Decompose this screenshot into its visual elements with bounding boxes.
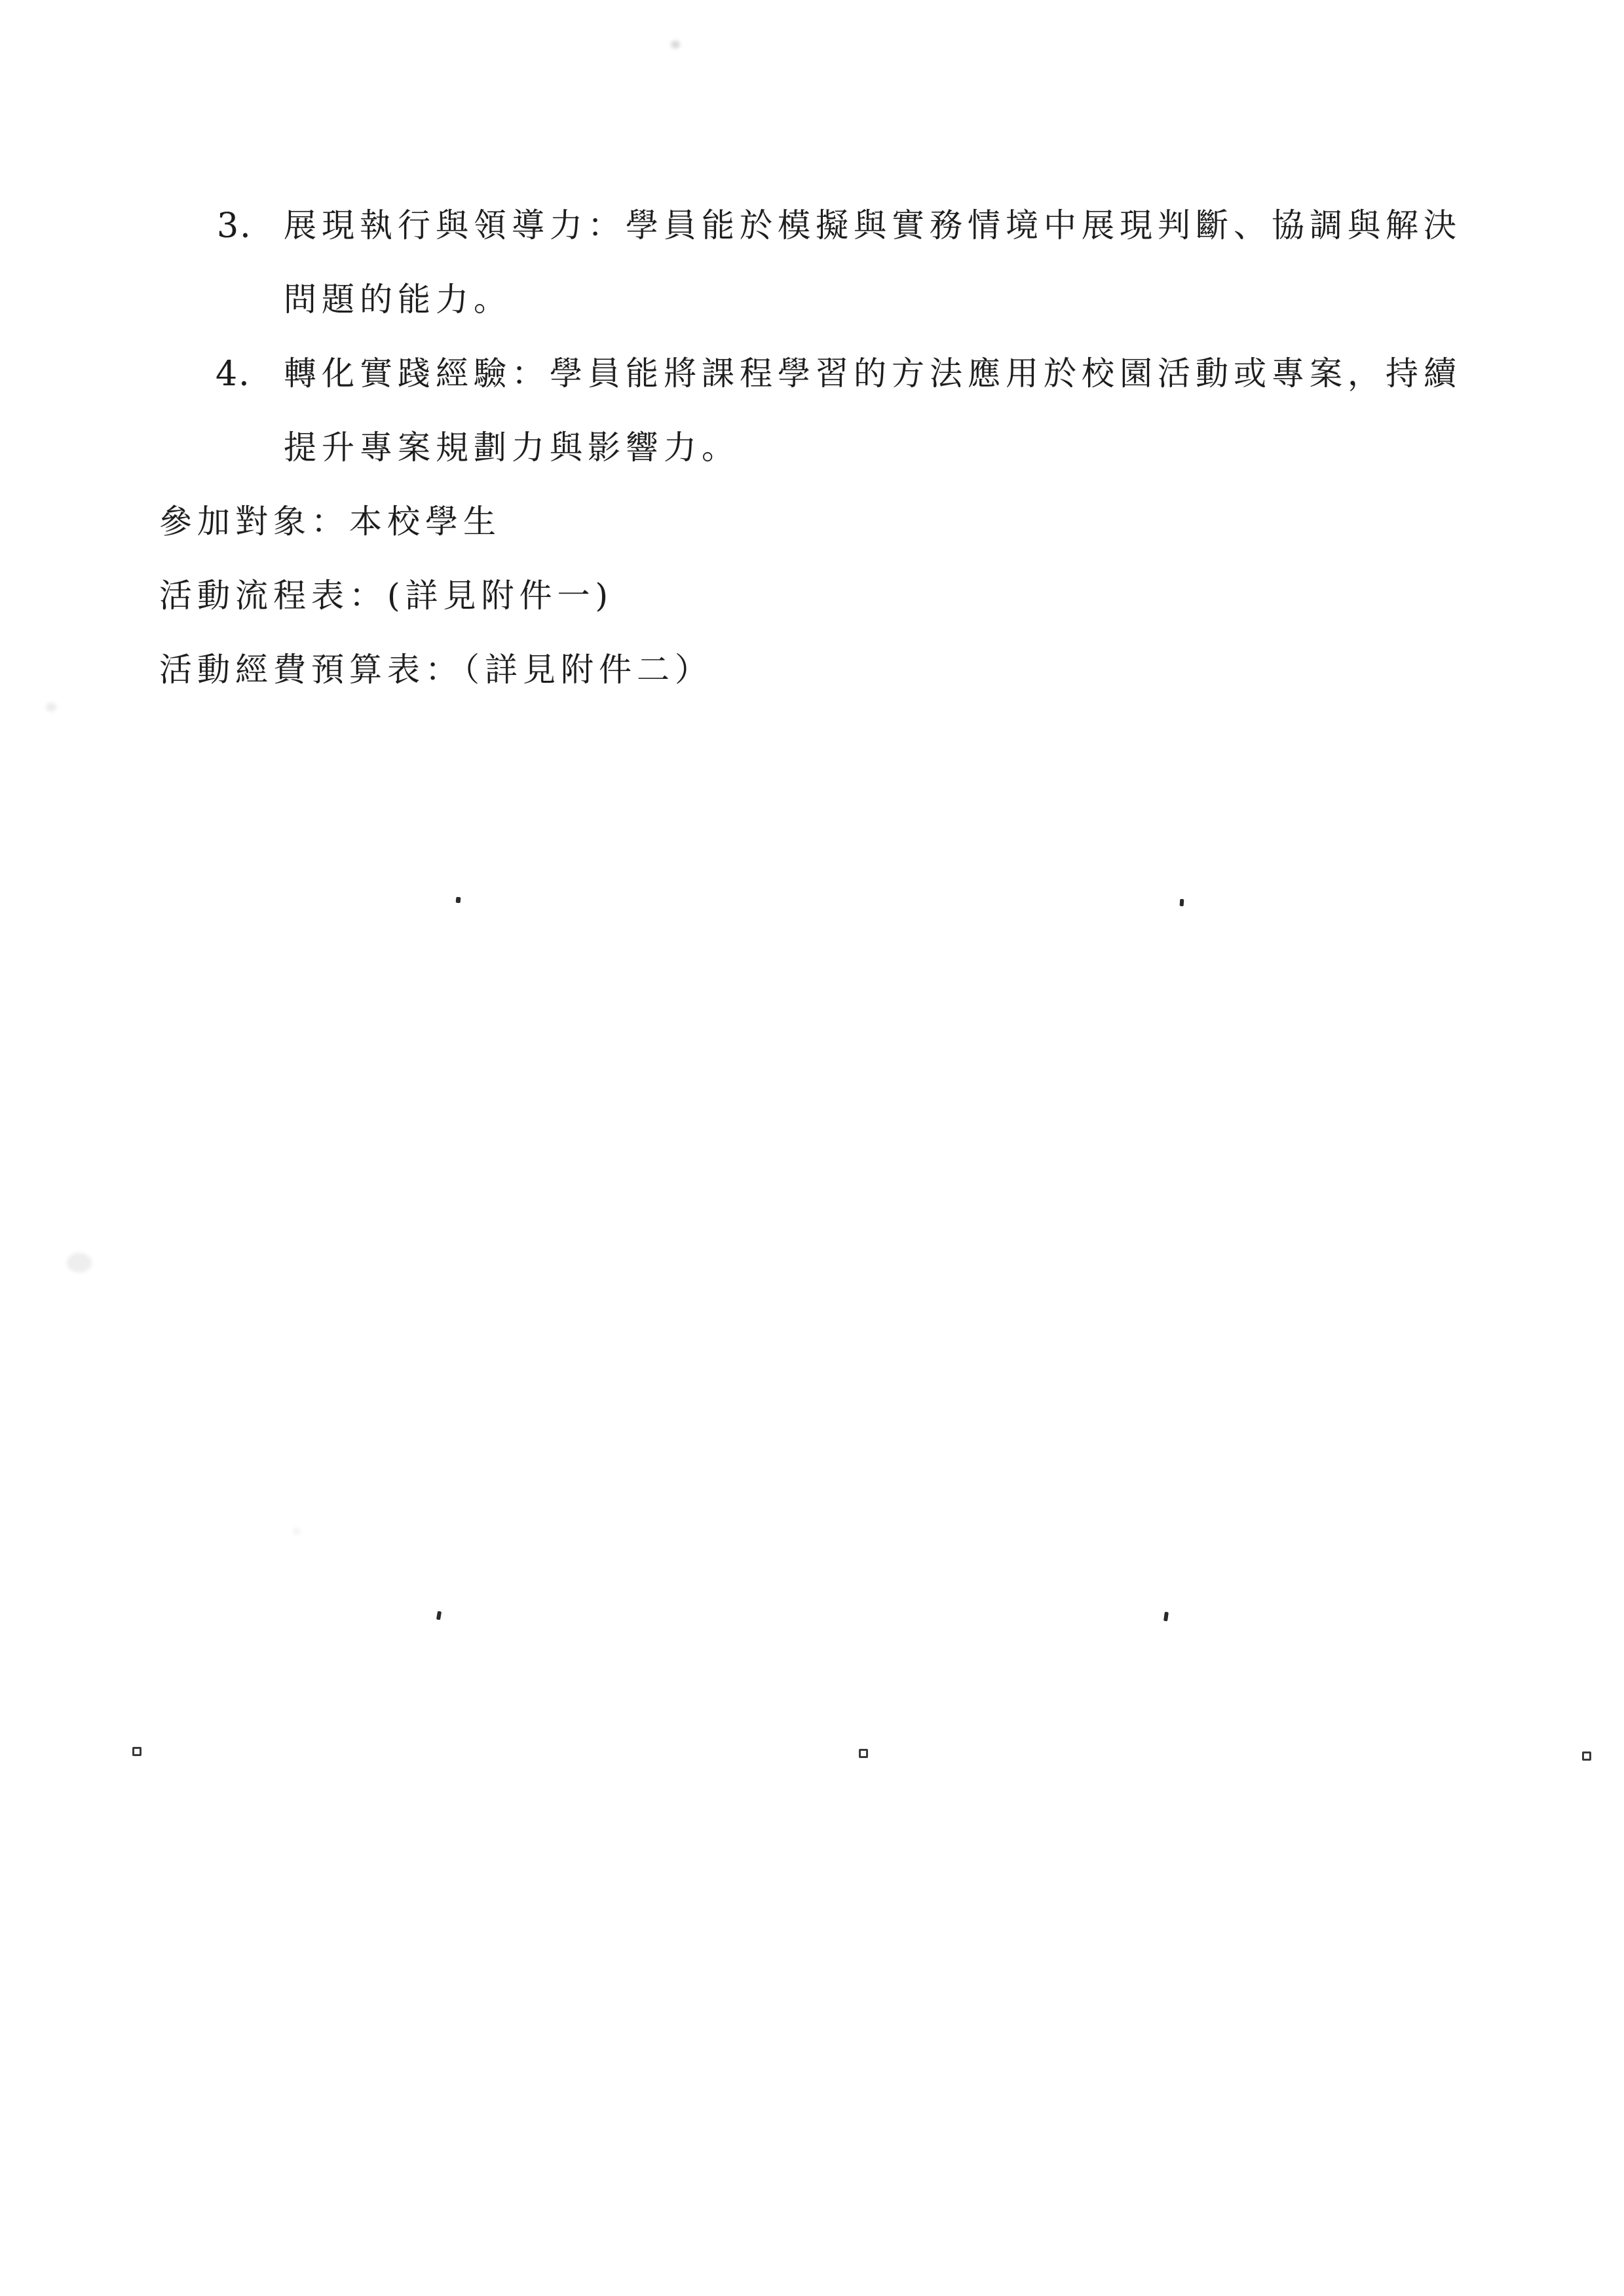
scan-smudge <box>67 1253 92 1272</box>
scan-smudge <box>46 702 56 712</box>
scan-ring-mark <box>1582 1751 1591 1761</box>
list-item-3-line-2: 問題的能力。 <box>284 281 512 319</box>
list-item-3-marker: 3. <box>217 207 252 246</box>
scan-speck <box>1163 1612 1169 1622</box>
scan-ring-mark <box>859 1749 868 1758</box>
scan-ring-mark <box>132 1747 142 1756</box>
scanned-document-page: 3. 展現執行與領導力：學員能於模擬與實務情境中展現判斷、協調與解決 問題的能力… <box>0 0 1624 2296</box>
scan-smudge <box>671 41 680 48</box>
scan-smudge <box>293 1528 300 1535</box>
scan-speck <box>456 897 461 904</box>
list-item-4-marker: 4. <box>216 355 251 394</box>
list-item-3-line-1: 展現執行與領導力：學員能於模擬與實務情境中展現判斷、協調與解決 <box>284 207 1462 245</box>
budget-line: 活動經費預算表：（詳見附件二） <box>159 651 713 689</box>
scan-speck <box>436 1611 442 1620</box>
list-item-4-line-2: 提升專案規劃力與影響力。 <box>284 429 740 467</box>
list-item-4-line-1: 轉化實踐經驗：學員能將課程學習的方法應用於校園活動或專案，持續 <box>284 355 1462 393</box>
participants-line: 參加對象：本校學生 <box>159 503 501 541</box>
scan-speck <box>1180 899 1184 906</box>
schedule-line: 活動流程表：(詳見附件一) <box>159 577 613 615</box>
